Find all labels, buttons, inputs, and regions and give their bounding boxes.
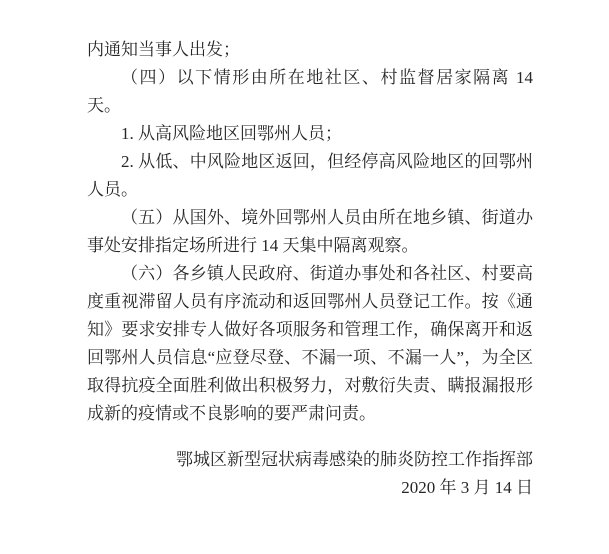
paragraph: 内通知当事人出发； bbox=[87, 36, 533, 64]
paragraph: （六）各乡镇人民政府、街道办事处和各社区、村要高度重视滞留人员有序流动和返回鄂州… bbox=[87, 260, 533, 428]
signature-line: 鄂城区新型冠状病毒感染的肺炎防控工作指挥部 bbox=[87, 446, 533, 474]
paragraph: （四）以下情形由所在地社区、村监督居家隔离 14 天。 bbox=[87, 64, 533, 120]
paragraph: 2. 从低、中风险地区返回，但经停高风险地区的回鄂州人员。 bbox=[87, 148, 533, 204]
date-line: 2020 年 3 月 14 日 bbox=[87, 474, 533, 502]
paragraph: （五）从国外、境外回鄂州人员由所在地乡镇、街道办事处安排指定场所进行 14 天集… bbox=[87, 204, 533, 260]
signature-block: 鄂城区新型冠状病毒感染的肺炎防控工作指挥部 2020 年 3 月 14 日 bbox=[87, 446, 533, 502]
paragraph: 1. 从高风险地区回鄂州人员； bbox=[87, 120, 533, 148]
document-body: 内通知当事人出发； （四）以下情形由所在地社区、村监督居家隔离 14 天。 1.… bbox=[87, 36, 533, 502]
document-page: 内通知当事人出发； （四）以下情形由所在地社区、村监督居家隔离 14 天。 1.… bbox=[0, 0, 609, 554]
